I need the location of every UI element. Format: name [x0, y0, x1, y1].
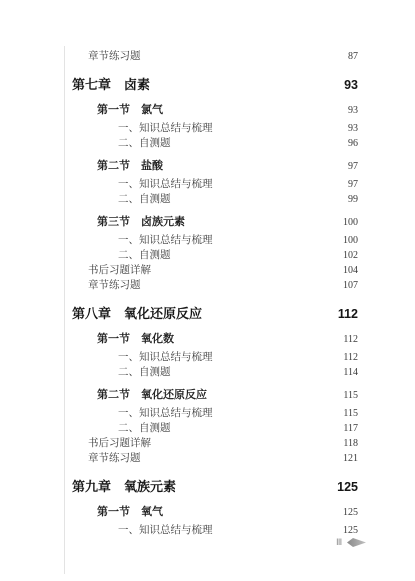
toc-row: 第一节 氯气 93: [72, 102, 358, 118]
toc-row: 二、自测题 117: [72, 421, 358, 436]
toc-entry-page: 102: [343, 248, 358, 263]
toc-entry-page: 115: [343, 406, 358, 421]
toc-entry-page: 100: [343, 233, 358, 248]
toc-entry-label: 一、知识总结与梳理: [118, 523, 213, 538]
toc-row: 一、知识总结与梳理 100: [72, 233, 358, 248]
toc-entry-label: 二、自测题: [118, 192, 171, 207]
toc-entry-label: 第七章 卤素: [72, 75, 150, 95]
toc-entry-label: 书后习题详解: [88, 436, 151, 451]
toc-row: 二、自测题 102: [72, 248, 358, 263]
toc-entry-page: 125: [343, 523, 358, 538]
toc-entry-label: 第一节 氧气: [97, 504, 163, 520]
toc-entry-page: 100: [343, 215, 358, 231]
toc-entry-page: 104: [343, 263, 358, 278]
toc-row: 章节练习题 107: [72, 278, 358, 293]
toc-entry-label: 第二节 氧化还原反应: [97, 387, 207, 403]
toc-row: 第二节 盐酸 97: [72, 158, 358, 174]
toc-row: 第八章 氧化还原反应 112: [72, 304, 358, 324]
toc-row: 一、知识总结与梳理 125: [72, 523, 358, 538]
toc-entry-label: 二、自测题: [118, 136, 171, 151]
toc-entry-page: 97: [348, 159, 358, 175]
toc-entry-page: 121: [343, 451, 358, 466]
toc-entry-label: 第八章 氧化还原反应: [72, 304, 202, 324]
toc-entry-label: 第二节 盐酸: [97, 158, 163, 174]
page-edge-rule: [64, 46, 65, 574]
toc-entry-label: 二、自测题: [118, 421, 171, 436]
toc-row: 章节练习题 87: [72, 49, 358, 64]
toc-entry-page: 125: [337, 477, 358, 497]
toc-entry-label: 一、知识总结与梳理: [118, 121, 213, 136]
toc-entry-page: 112: [343, 350, 358, 365]
toc-entry-label: 第一节 氯气: [97, 102, 163, 118]
toc-entry-label: 第九章 氧族元素: [72, 477, 176, 497]
toc-row: 书后习题详解 104: [72, 263, 358, 278]
toc-row: 一、知识总结与梳理 112: [72, 350, 358, 365]
folio-roman-numeral: Ⅲ: [336, 537, 342, 547]
toc-row: 二、自测题 99: [72, 192, 358, 207]
toc-row: 一、知识总结与梳理 115: [72, 406, 358, 421]
toc-entry-label: 第一节 氧化数: [97, 331, 174, 347]
toc-entry-label: 章节练习题: [88, 451, 141, 466]
toc-row: 第七章 卤素 93: [72, 75, 358, 95]
toc-entry-page: 93: [344, 75, 358, 95]
toc-row: 一、知识总结与梳理 93: [72, 121, 358, 136]
page-footer: Ⅲ: [336, 537, 366, 547]
toc-entry-label: 一、知识总结与梳理: [118, 406, 213, 421]
toc-entry-page: 125: [343, 505, 358, 521]
toc-entry-page: 118: [343, 436, 358, 451]
toc-list: 章节练习题 87 第七章 卤素 93 第一节 氯气 93 一、知识总结与梳理 9…: [72, 49, 358, 538]
toc-entry-page: 97: [348, 177, 358, 192]
toc-entry-page: 107: [343, 278, 358, 293]
toc-entry-label: 二、自测题: [118, 365, 171, 380]
toc-row: 第一节 氧化数 112: [72, 331, 358, 347]
toc-entry-label: 一、知识总结与梳理: [118, 233, 213, 248]
toc-row: 一、知识总结与梳理 97: [72, 177, 358, 192]
toc-row: 第一节 氧气 125: [72, 504, 358, 520]
toc-entry-label: 一、知识总结与梳理: [118, 350, 213, 365]
toc-entry-page: 115: [343, 388, 358, 404]
toc-row: 第二节 氧化还原反应 115: [72, 387, 358, 403]
toc-row: 二、自测题 114: [72, 365, 358, 380]
toc-entry-label: 章节练习题: [88, 278, 141, 293]
toc-page: 章节练习题 87 第七章 卤素 93 第一节 氯气 93 一、知识总结与梳理 9…: [0, 0, 415, 581]
toc-row: 书后习题详解 118: [72, 436, 358, 451]
toc-entry-label: 书后习题详解: [88, 263, 151, 278]
toc-entry-page: 114: [343, 365, 358, 380]
toc-entry-label: 章节练习题: [88, 49, 141, 64]
toc-entry-page: 96: [348, 136, 358, 151]
toc-entry-page: 87: [348, 49, 358, 64]
toc-entry-page: 93: [348, 103, 358, 119]
toc-row: 章节练习题 121: [72, 451, 358, 466]
toc-entry-page: 112: [338, 304, 358, 324]
right-triangle-icon: [347, 538, 366, 547]
toc-entry-page: 93: [348, 121, 358, 136]
toc-entry-label: 第三节 卤族元素: [97, 214, 185, 230]
toc-row: 二、自测题 96: [72, 136, 358, 151]
toc-entry-label: 一、知识总结与梳理: [118, 177, 213, 192]
toc-entry-page: 99: [348, 192, 358, 207]
toc-entry-page: 112: [343, 332, 358, 348]
toc-entry-label: 二、自测题: [118, 248, 171, 263]
toc-row: 第三节 卤族元素 100: [72, 214, 358, 230]
toc-entry-page: 117: [343, 421, 358, 436]
toc-row: 第九章 氧族元素 125: [72, 477, 358, 497]
